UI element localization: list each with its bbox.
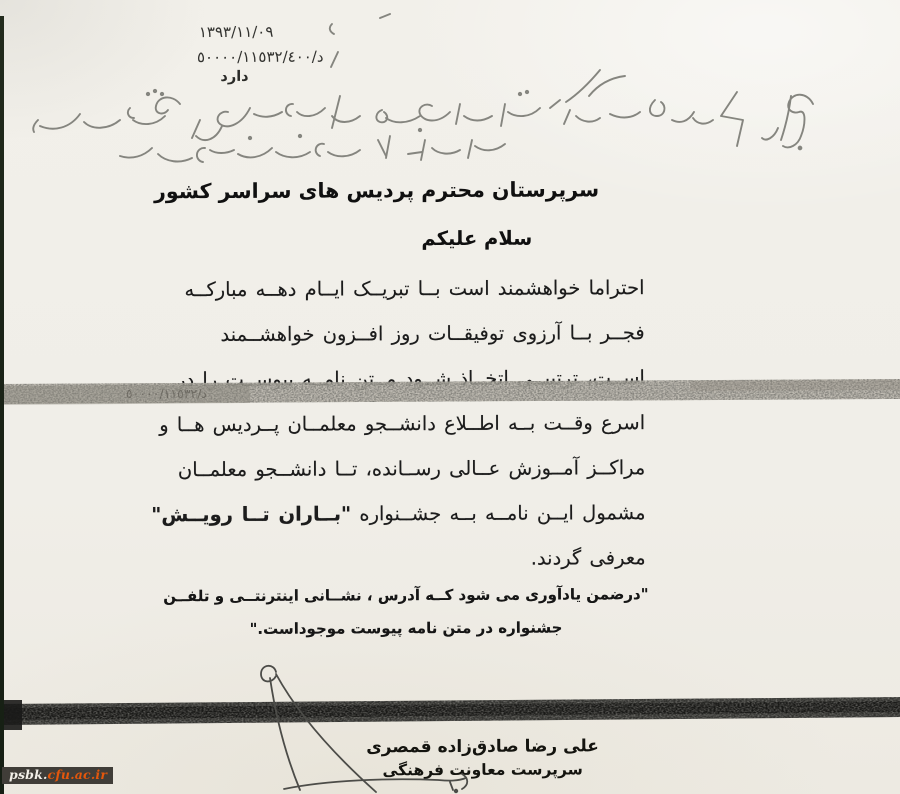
- body-line-festival: مشمول ایــن نامــه بــه جشــنواره "بــار…: [125, 490, 645, 537]
- signature-block: علی رضا صادق‌زاده قمصری سرپرست معاونت فر…: [351, 734, 613, 781]
- scanner-edge-strip: [0, 16, 4, 794]
- festival-name-bold: "بــاران تــا رویــش": [151, 502, 351, 526]
- letter-date: ۱۳۹۳/۱۱/۰۹: [199, 23, 274, 41]
- watermark-domain: cfu.ac.ir: [48, 767, 108, 782]
- note-line: "درضمن یادآوری می شود کــه آدرس ، نشــان…: [149, 578, 663, 613]
- note-line: جشنواره در متن نامه پیوست موجوداست.": [149, 611, 663, 646]
- typed-text-layer: ۱۳۹۳/۱۱/۰۹ د/٥٠٠٠٠/١١٥٣٢/٤٠٠ دارد سرپرست…: [0, 0, 900, 794]
- recipient-heading: سرپرستان محترم پردیس های سراسر کشور: [154, 177, 599, 203]
- scanned-letter-page: ۱۳۹۳/۱۱/۰۹ د/٥٠٠٠٠/١١٥٣٢/٤٠٠ دارد سرپرست…: [0, 0, 900, 794]
- body-line: مراکــز آمــوزش عــالی رســانده، تــا دا…: [125, 445, 645, 492]
- attachment-indicator: دارد: [220, 69, 248, 85]
- reminder-note: "درضمن یادآوری می شود کــه آدرس ، نشــان…: [149, 578, 663, 646]
- signer-title: سرپرست معاونت فرهنگی: [352, 758, 614, 781]
- body-line: اســت، ترتیبــی اتخــاذ شــود مــتن نامـ…: [125, 355, 645, 402]
- body-line: احتراما خواهشمند است بــا تبریــک ایــام…: [124, 265, 644, 312]
- body-line: معرفی گردند.: [126, 535, 646, 582]
- body-line: اسرع وقــت بــه اطــلاع دانشــجو معلمــا…: [125, 400, 645, 447]
- letter-ref-number: د/٥٠٠٠٠/١١٥٣٢/٤٠٠: [197, 48, 324, 67]
- salutation: سلام علیکم: [421, 227, 532, 250]
- letter-body: احتراما خواهشمند است بــا تبریــک ایــام…: [124, 265, 645, 582]
- site-watermark: psbk.cfu.ac.ir: [2, 767, 113, 784]
- watermark-prefix: psbk.: [9, 767, 48, 782]
- body-line: فجــر بــا آرزوی توفیقــات روز افــزون خ…: [125, 310, 645, 357]
- signer-name: علی رضا صادق‌زاده قمصری: [351, 734, 613, 759]
